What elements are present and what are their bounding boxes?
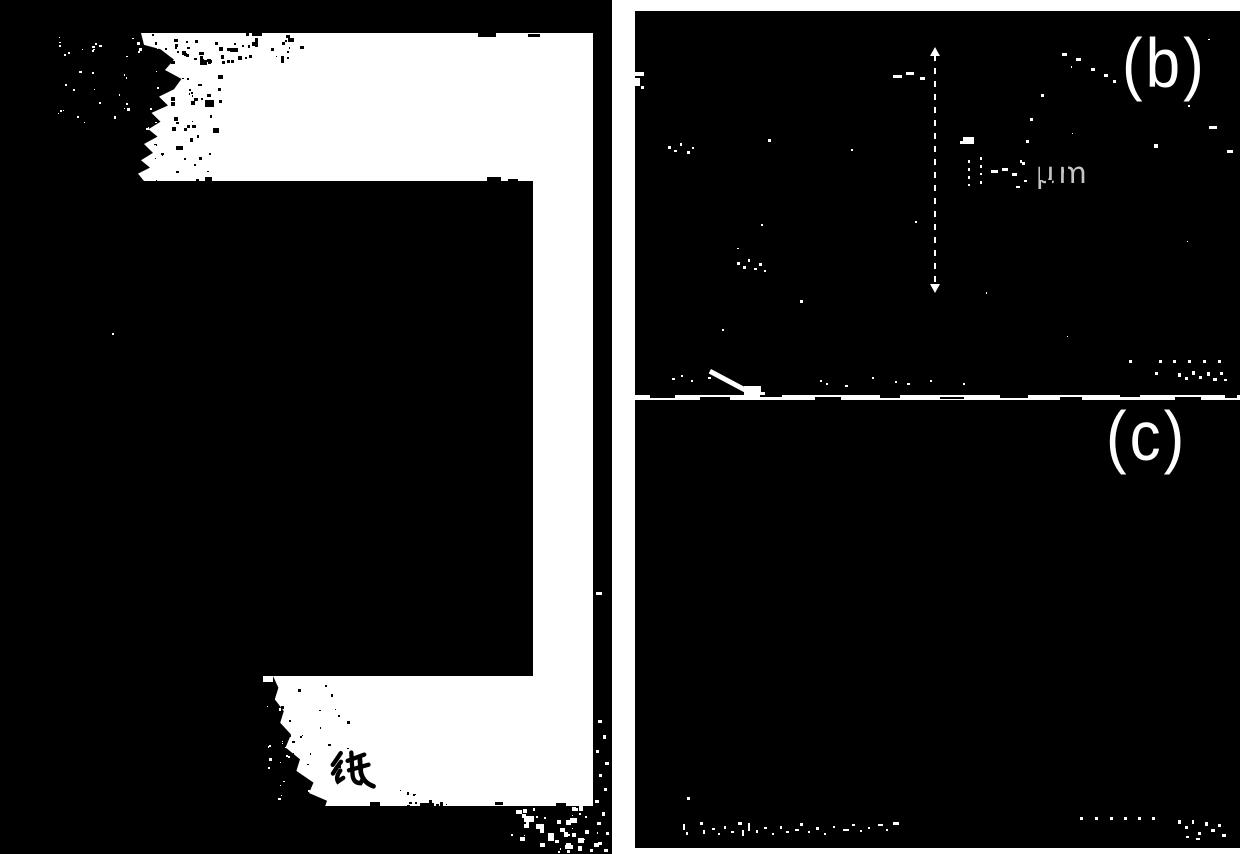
divider-dashes [760,395,782,397]
divider-dashes [940,397,964,399]
c-bottom-left-bracket [630,838,634,850]
divider-dashes [650,395,675,398]
chinese-character-zhi [325,743,378,799]
c-bottom-left-bracket [632,850,638,853]
divider-dashes [1225,395,1237,398]
measurement-annotation: µm [1036,156,1091,190]
panel-a-bottom-band [273,676,593,806]
figure-canvas: (b) µm (c) [0,0,1240,854]
divider-dashes [1000,395,1028,398]
divider-dashes [1120,395,1140,397]
panel-a-photo [0,0,612,854]
arrow-dashed-line [934,55,936,285]
panel-b-label: (b) [1122,30,1207,99]
divider-dashes [880,395,900,398]
panel-c-label: (c) [1106,403,1187,472]
arrow-head-bottom-icon [930,284,940,293]
